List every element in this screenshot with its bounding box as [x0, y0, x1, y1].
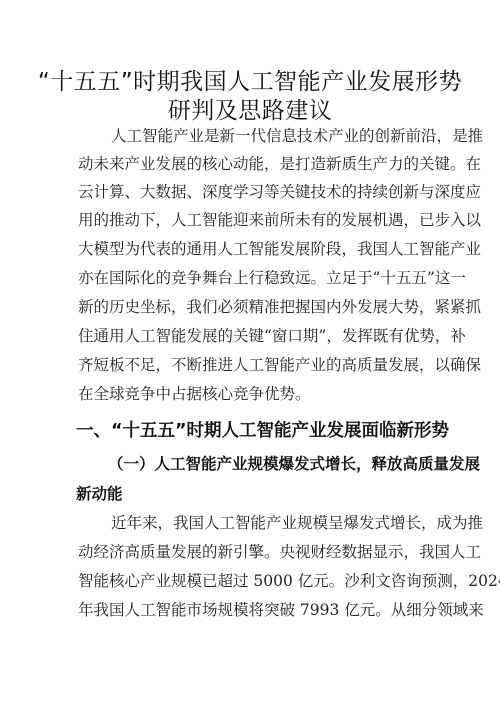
paragraph-line: 年我国人工智能市场规模将突破 7993 亿元。从细分领域来	[78, 600, 424, 620]
section-heading: 一、“十五五”时期人工智能产业发展面临新形势	[76, 419, 426, 443]
paragraph-line: 用的推动下，人工智能迎来前所未有的发展机遇，已步入以	[78, 210, 424, 230]
paragraph-line: 新的历史坐标，我们必须精准把握国内外发展大势，紧紧抓	[78, 297, 424, 317]
paragraph-line: 住通用人工智能发展的关键“窗口期”，发挥既有优势，补	[78, 326, 424, 346]
paragraph-line: 大模型为代表的通用人工智能发展阶段，我国人工智能产业	[78, 239, 424, 259]
paragraph-line: 近年来，我国人工智能产业规模呈爆发式增长，成为推	[111, 513, 424, 533]
document-page: “十五五”时期我国人工智能产业发展形势 研判及思路建议 人工智能产业是新一代信息…	[0, 0, 500, 707]
paragraph-line: 动未来产业发展的核心动能，是打造新质生产力的关键。在	[78, 154, 424, 174]
paragraph-line: 云计算、大数据、深度学习等关键技术的持续创新与深度应	[78, 182, 424, 202]
document-title-line-1: “十五五”时期我国人工智能产业发展形势	[0, 67, 500, 97]
subsection-heading-line-2: 新动能	[76, 484, 123, 504]
paragraph-line: 人工智能产业是新一代信息技术产业的创新前沿，是推	[111, 126, 424, 146]
paragraph-line: 齐短板不足，不断推进人工智能产业的高质量发展，以确保	[78, 355, 424, 375]
paragraph-line: 动经济高质量发展的新引擎。央视财经数据显示，我国人工	[78, 542, 424, 562]
document-title-line-2: 研判及思路建议	[0, 96, 500, 126]
paragraph-line: 智能核心产业规模已超过 5000 亿元。沙利文咨询预测，2024	[78, 571, 424, 591]
subsection-heading-line-1: （一）人工智能产业规模爆发式增长，释放高质量发展	[108, 454, 426, 474]
paragraph-line: 亦在国际化的竞争舞台上行稳致远。立足于“十五五”这一	[78, 268, 424, 288]
paragraph-line: 在全球竞争中占据核心竞争优势。	[78, 384, 424, 404]
